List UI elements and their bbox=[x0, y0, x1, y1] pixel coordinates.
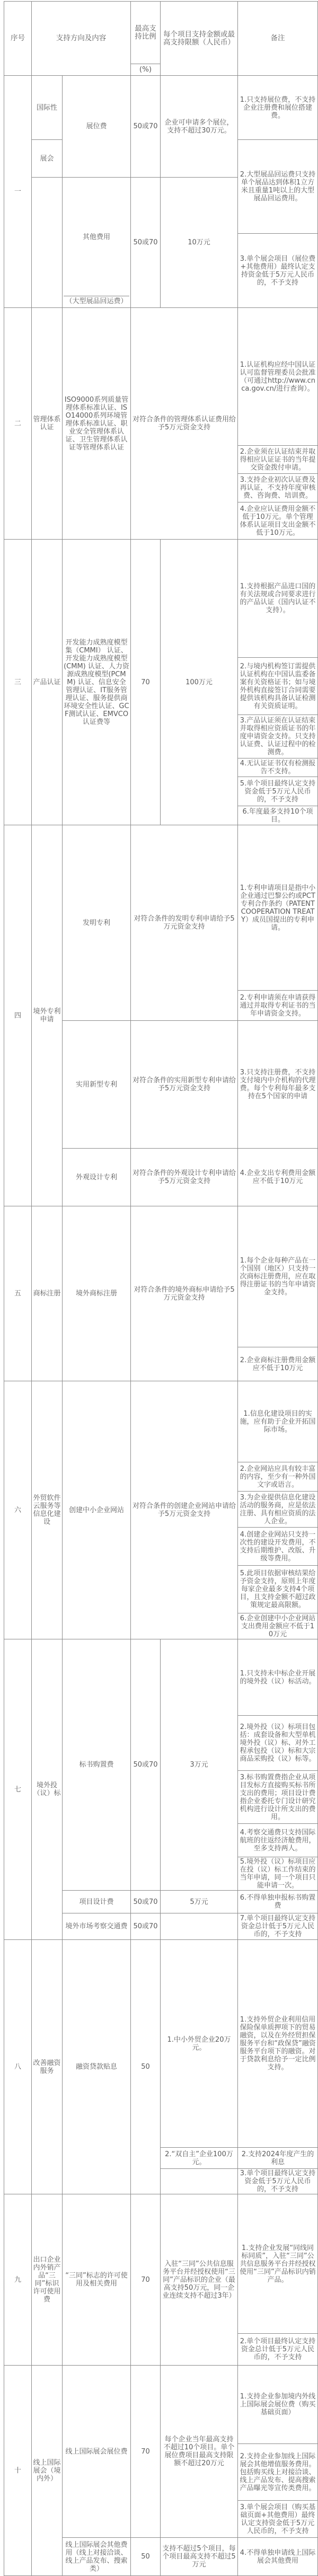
content-cell: 创建中小企业网站 bbox=[63, 1381, 131, 1639]
note-cell: 2.大型展品回运费只支持单个展品达到体积1立方米且重量1吨以上的大型展品回运费用… bbox=[238, 140, 318, 234]
amount-cell bbox=[161, 1913, 238, 1940]
note-cell: 4.企业支出专利费用金额应不低于10万元 bbox=[238, 1149, 318, 1206]
note-cell: 2.支持企业参加线上国际展会其他增值服务费用。包括购买线上对接洽谈、线上产品发布… bbox=[238, 2444, 318, 2501]
section-no: 五 bbox=[4, 1206, 32, 1381]
content-cell: 线上国际展会其他费用（线上对接洽谈、线上产品发布、搜索类） bbox=[63, 2538, 131, 2576]
ratio-cell: 70 bbox=[131, 540, 161, 825]
note-cell: 3.只支持注册费，不支持支付境内中介机构的代理费。每个专利每年最多支持在5个国家… bbox=[238, 1021, 318, 1149]
ratio-cell: 50 bbox=[131, 1940, 161, 2194]
section-no: 三 bbox=[4, 540, 32, 825]
note-cell: 1.信息化建设项目的实施，应有助于企业开拓国际市场。 bbox=[238, 1381, 318, 1462]
amount-cell: 每个企业当年最高支持不超过10个项目。单个展位费项目最高支持限额不超过20万元 bbox=[161, 2366, 238, 2538]
note-cell: 2.支持2024年度产生的利息 bbox=[238, 2148, 318, 2169]
note-cell: 1.每个企业每种产品在一个国别（地区）只支持一次商标注册费用，应在取得注册证书的… bbox=[238, 1206, 318, 1347]
col-header-amount: 每个项目支持金额或最高支持限额（人民币） bbox=[161, 2, 238, 76]
ratio-cell: 70 bbox=[131, 2366, 161, 2538]
amount-cell: 10万元 bbox=[161, 178, 238, 308]
support-cell: 对符合条件的实用新型专利申请给予5万元资金支持 bbox=[131, 1021, 238, 1149]
content-cell: 实用新型专利 bbox=[63, 1021, 131, 1149]
note-cell: 2.企业商标注册费用金额应不低于10万元 bbox=[238, 1347, 318, 1381]
note-cell: 6.企业创建中小企业网站支出费用金额应不低于10万元 bbox=[238, 1613, 318, 1639]
content-cell: 展位费 bbox=[63, 76, 131, 178]
category-cell: 线上国际展会（境内外） bbox=[32, 2366, 63, 2576]
note-cell: 3.标书购置费指企业从项目发标方直接购买标书所支出的费用；项目设计费指企业委托专… bbox=[238, 1771, 318, 1824]
note-cell: 6.不得单独申报标书购置费 bbox=[238, 1891, 318, 1913]
content-cell: ISO9000系列质量管理体系标准认证、ISO14000系列环境管理体系标准认证… bbox=[63, 308, 131, 540]
note-cell: 3.产品认证须在认证结束并取得相应资质证书的年度申请资金支持。只支持认证费、认证… bbox=[238, 715, 318, 758]
note-cell: 5.境外投（议）标项目应在投（议）标工作结束的当年申请，同一个项目只能申请一次。 bbox=[238, 1857, 318, 1891]
support-cell: 对符合条件的管理体系认证费用给予5万元资金支持 bbox=[131, 308, 238, 540]
section-no: 七 bbox=[4, 1639, 32, 1940]
amount-cell: 企业可申请多个展位，支持不超过30万元。 bbox=[161, 76, 238, 178]
ratio-cell: 50或70 bbox=[131, 178, 161, 308]
category-cell: 境外投（议）标 bbox=[32, 1639, 63, 1940]
category-cell: 改善融资服务 bbox=[32, 1940, 63, 2194]
note-cell: 2.境外投（议）标项目包括：成套设备和大型单机境外投（议）标、对外工程承包投（议… bbox=[238, 1716, 318, 1771]
note-cell: 2.单个项目最终认定支持资金总计低于5万元人民币的，不予支持 bbox=[238, 2334, 318, 2366]
note-cell: 2.与境内机构签订需提供认证机构在中国认监委备案有关资格证书；如与境外机构直接签… bbox=[238, 658, 318, 715]
note-cell: 3.单个项目最终认定支持资金低于5万元人民币的，不予支持 bbox=[238, 2169, 318, 2194]
content-label: 其他费用 bbox=[83, 233, 110, 241]
amount-cell: 5万元 bbox=[161, 1891, 238, 1913]
category-empty-cell bbox=[32, 178, 63, 308]
content-sublabel: （大型展品回运费） bbox=[64, 296, 129, 306]
amount-cell: 支持不超过5个项目，每个项目最高支持不超过5万元 bbox=[161, 2538, 238, 2576]
content-cell: 开发能力成熟度模型集（CMMI） 认证、开发能力成熟度模型(CMM) 认证、人力… bbox=[63, 540, 131, 825]
ratio-cell: 50或70 bbox=[131, 1639, 161, 1891]
content-cell: 境外商标注册 bbox=[63, 1206, 131, 1381]
note-cell: 5.此项目依据审核结果给予资金支持，原则上年度每家企业最多支持4个项目，且支持金… bbox=[238, 1566, 318, 1613]
content-cell: 线上国际展会展位费 bbox=[63, 2366, 131, 2538]
col-header-no: 序号 bbox=[4, 2, 32, 76]
col-header-note: 备注 bbox=[238, 2, 318, 76]
note-cell: 4.考察交通费只支持国际航班的往返经济舱费用，至多支持两人。 bbox=[238, 1824, 318, 1857]
note-cell: 1.专利申请项目是指中小企业通过巴黎公约或PCT专利合作条约（PATENT CO… bbox=[238, 825, 318, 991]
note-cell: 1.认证机构应经中国认证认可监督管理委员会批准（可通过http://www.cn… bbox=[238, 308, 318, 446]
ratio-cell: 50 bbox=[131, 2538, 161, 2576]
ratio-cell: 70 bbox=[131, 2194, 161, 2366]
amount-cell: 100万元 bbox=[161, 540, 238, 825]
note-cell: 1.支持根据产品进口国的有关法规或合同要求进行的产品认证（国内认证不支持）。 bbox=[238, 540, 318, 658]
amount-cell: 入驻“三同”公共信息服务平台并经授权使用“三同”产品标识的企业（最高支持50万元… bbox=[161, 2194, 238, 2366]
ratio-cell: 50或70 bbox=[131, 1913, 161, 1940]
category-cell: 产品认证 bbox=[32, 540, 63, 825]
category-cell: 管理体系认证 bbox=[32, 308, 63, 540]
amount-cell: 1.中小外贸企业20万元。 bbox=[161, 1940, 238, 2148]
content-cell: 发明专利 bbox=[63, 825, 131, 1021]
amount-cell: 3万元 bbox=[161, 1639, 238, 1891]
support-cell: 对符合条件的外观设计专利申请给予5万元资金支持 bbox=[131, 1149, 238, 1206]
note-cell: 3.支持企业初次认证费及再认证，不支持年度审核费、咨询费、培训费。 bbox=[238, 474, 318, 502]
note-cell: 4.创建企业网站只支持一次性的建设开发费用，不支持后期维护、改版、升级等费用。 bbox=[238, 1528, 318, 1566]
note-cell: 5.单个项目最终认定支持资金低于5万元人民币的，不予支持 bbox=[238, 777, 318, 806]
section-no: 二 bbox=[4, 308, 32, 540]
category-cell: 外贸软件云服务等信息化建设 bbox=[32, 1381, 63, 1639]
section-no: 八 bbox=[4, 1940, 32, 2194]
content-cell: “三同”标志的许可使用及相关费用 bbox=[63, 2194, 131, 2366]
category-cell: 展会 bbox=[32, 140, 63, 178]
note-cell: 3.为企业提供信息化建设活动的服务商，应是依法注册、具有相应资质的法人企业。 bbox=[238, 1492, 318, 1528]
category-cell: 境外专利申请 bbox=[32, 825, 63, 1206]
note-cell: 6.年度最多支持10个项目。 bbox=[238, 806, 318, 825]
note-cell: 3.单个展会项目（购买基础页面+其他费用）最终认定支持资金低于5万元人民币的，不… bbox=[238, 2501, 318, 2538]
section-no: 一 bbox=[4, 76, 32, 308]
note-cell: 2.专利申请须在申请获得通过并取得专利证书的当年申请资金支持。 bbox=[238, 991, 318, 1021]
note-cell: 4.不得单独申请线上国际展会其他费用 bbox=[238, 2538, 318, 2576]
content-cell: 项目设计费 bbox=[63, 1891, 131, 1913]
col-header-direction: 支持方向及内容 bbox=[32, 2, 131, 76]
note-cell: 4.无认证证书仅有检测报告不支持。 bbox=[238, 758, 318, 777]
note-cell: 1.只支持未中标企业开展的境外投（议）标活动。 bbox=[238, 1639, 318, 1716]
amount-cell: 2.“双自主”企业100万元。 bbox=[161, 2148, 238, 2169]
support-cell: 对符合条件的发明专利申请给予5万元资金支持 bbox=[131, 825, 238, 1021]
note-cell: 1.支持企业发展“同线同标同质”，入驻“三同”公共信息服务平台并经授权使用“三同… bbox=[238, 2194, 318, 2334]
note-cell: 7.单个项目最终认定支持资金总计低于5万元人民币的，不予支持 bbox=[238, 1913, 318, 1940]
note-cell: 1.支持外贸企业利用信用保险保单质押项下的贸易融资，以及在外经贸担保服务平台和“… bbox=[238, 1940, 318, 2148]
col-header-ratio-unit: (%) bbox=[131, 64, 161, 76]
note-cell: 2.企业网站应具有较丰富的内容，至少有一种外国文字或语言。 bbox=[238, 1462, 318, 1492]
section-no: 四 bbox=[4, 825, 32, 1206]
support-cell: 对符合条件的创建企业网站申请给予5万元资金支持 bbox=[131, 1381, 238, 1639]
section-no: 九 bbox=[4, 2194, 32, 2366]
ratio-cell: 50或70 bbox=[131, 76, 161, 178]
note-cell: 1.只支持展位费，不支持企业注册费和展位搭建费。 bbox=[238, 76, 318, 140]
content-cell: 标书购置费 bbox=[63, 1639, 131, 1891]
support-policy-table: 序号 支持方向及内容 最高支持比例 每个项目支持金额或最高支持限额（人民币） 备… bbox=[4, 1, 318, 2576]
support-cell: 对符合条件的境外商标申请给予5万元资金支持 bbox=[131, 1206, 238, 1381]
content-cell: 融资贷款贴息 bbox=[63, 1940, 131, 2194]
category-cell: 国际性 bbox=[32, 76, 63, 140]
content-cell: 其他费用 （大型展品回运费） bbox=[63, 178, 131, 308]
note-cell: 2.企业须在认证结束并取得相应认证证书的当年提交资金拨付申请。 bbox=[238, 446, 318, 474]
amount-cell bbox=[161, 2169, 238, 2194]
content-cell: 境外市场考察交通费 bbox=[63, 1913, 131, 1940]
note-cell: 3.单个展会项目（展位费+其他费用）最终认定支持资金低于5万元人民币的，不予支持 bbox=[238, 234, 318, 308]
ratio-cell: 50或70 bbox=[131, 1891, 161, 1913]
content-cell: 外观设计专利 bbox=[63, 1149, 131, 1206]
note-cell: 1.支持企业参加境内外线上国际展会展位费（购买基础页面） bbox=[238, 2366, 318, 2444]
category-cell: 出口企业内外销产品“三同”标识许可使用费 bbox=[32, 2194, 63, 2366]
section-no: 十 bbox=[4, 2366, 32, 2576]
col-header-ratio: 最高支持比例 bbox=[131, 2, 161, 64]
section-no: 六 bbox=[4, 1381, 32, 1639]
note-cell: 4.企业应认证费用金额不低于10万元。单个管理体系认证项目支出金额不低于10万元… bbox=[238, 502, 318, 540]
category-cell: 商标注册 bbox=[32, 1206, 63, 1381]
